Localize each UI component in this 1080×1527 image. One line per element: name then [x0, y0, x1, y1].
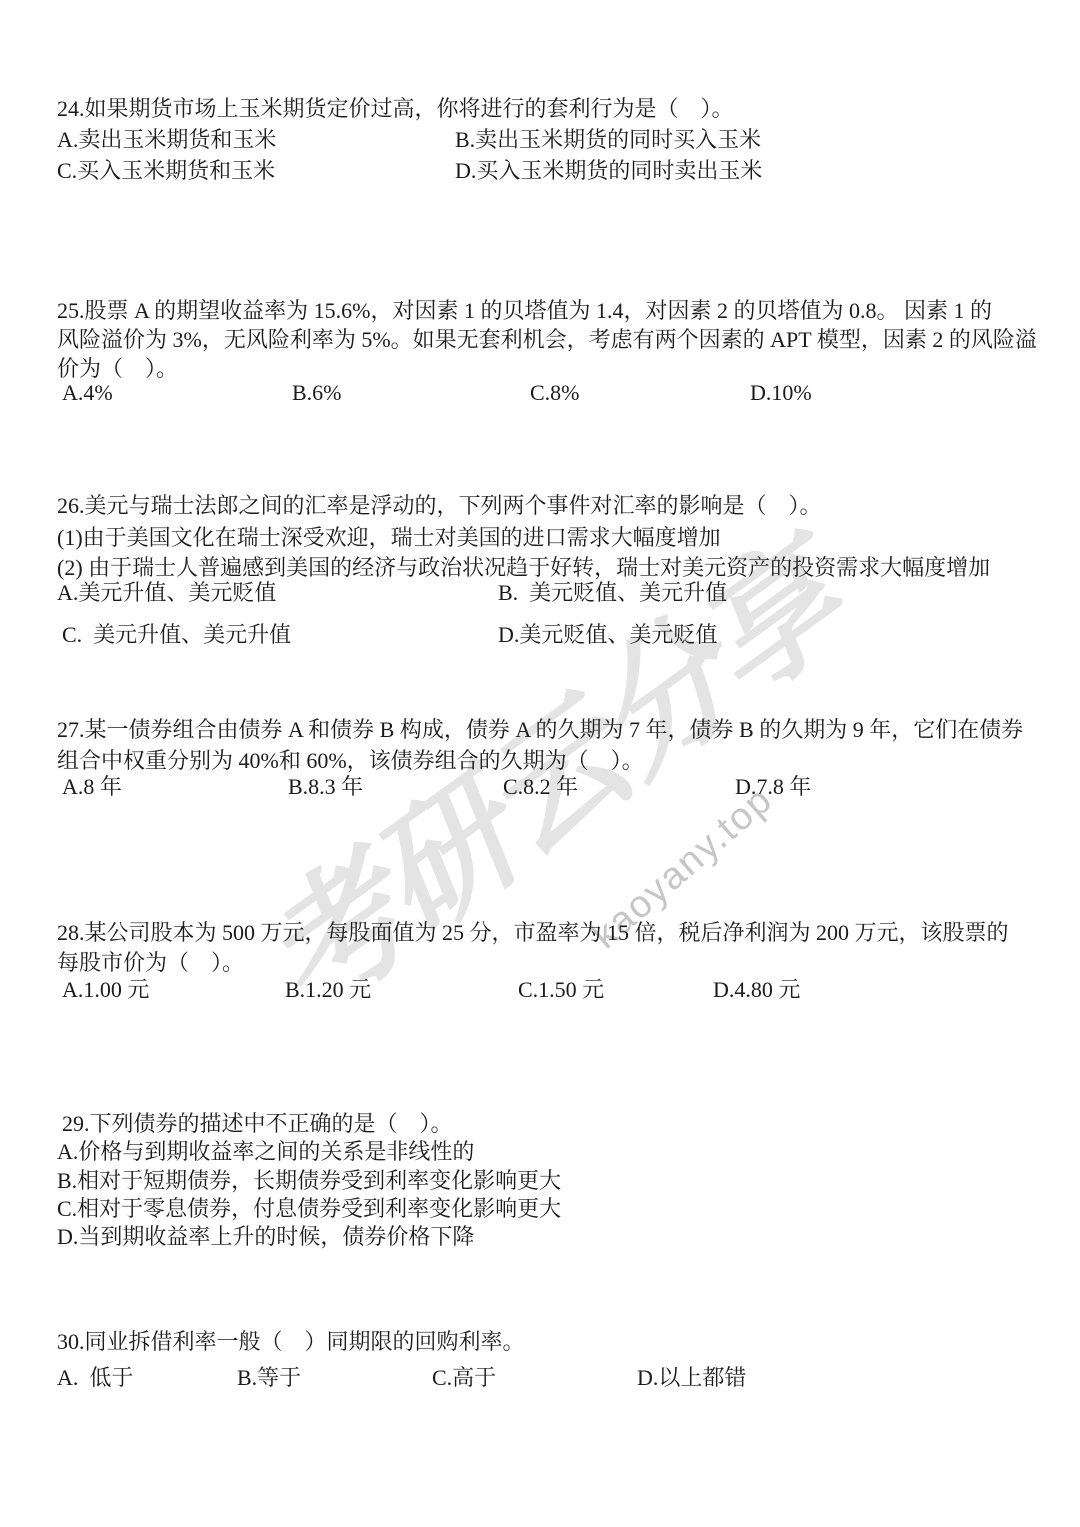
q27-option-b: B.8.3 年: [288, 770, 363, 801]
q26-event1: (1)由于美国文化在瑞士深受欢迎，瑞士对美国的进口需求大幅度增加: [57, 521, 721, 552]
q27-stem-row-1: 27.某一债券组合由债券 A 和债券 B 构成，债券 A 的久期为 7 年，债券…: [0, 713, 1080, 743]
q28-option-a: A.1.00 元: [62, 973, 149, 1004]
q24-option-c: C.买入玉米期货和玉米: [57, 154, 275, 185]
q26-event1-row: (1)由于美国文化在瑞士深受欢迎，瑞士对美国的进口需求大幅度增加: [0, 521, 1080, 551]
document-page: 考研云分享 kaoyany.top 24.如果期货市场上玉米期货定价过高，你将进…: [0, 0, 1080, 1527]
q26-option-a: A.美元升值、美元贬值: [57, 576, 276, 607]
q27-options-row: A.8 年 B.8.3 年 C.8.2 年 D.7.8 年: [0, 770, 1080, 800]
q28-stem-row-1: 28.某公司股本为 500 万元，每股面值为 25 分，市盈率为 15 倍，税后…: [0, 916, 1080, 946]
q25-options-row: A.4% B.6% C.8% D.10%: [0, 380, 1080, 410]
q30-stem: 30.同业拆借利率一般（ ）同期限的回购利率。: [57, 1325, 525, 1356]
q30-option-d: D.以上都错: [637, 1361, 746, 1392]
q24-stem: 24.如果期货市场上玉米期货定价过高，你将进行的套利行为是（ ）。: [57, 92, 734, 123]
q26-option-b: B. 美元贬值、美元升值: [498, 576, 727, 607]
q24-option-a: A.卖出玉米期货和玉米: [57, 123, 276, 154]
q26-options-row-cd: C. 美元升值、美元升值 D.美元贬值、美元贬值: [0, 618, 1080, 648]
q29-option-a: A.价格与到期收益率之间的关系是非线性的: [57, 1135, 474, 1166]
q26-stem-row: 26.美元与瑞士法郎之间的汇率是浮动的，下列两个事件对汇率的影响是（ ）。: [0, 489, 1080, 519]
questions-text-layer: 24.如果期货市场上玉米期货定价过高，你将进行的套利行为是（ ）。 A.卖出玉米…: [0, 0, 1080, 1527]
q30-option-a: A. 低于: [57, 1361, 133, 1392]
q24-options-row-cd: C.买入玉米期货和玉米 D.买入玉米期货的同时卖出玉米: [0, 154, 1080, 184]
q26-stem: 26.美元与瑞士法郎之间的汇率是浮动的，下列两个事件对汇率的影响是（ ）。: [57, 489, 822, 520]
q25-option-d: D.10%: [750, 380, 812, 406]
q26-option-c: C. 美元升值、美元升值: [62, 618, 291, 649]
q26-option-d: D.美元贬值、美元贬值: [498, 618, 717, 649]
q27-stem-line1: 27.某一债券组合由债券 A 和债券 B 构成，债券 A 的久期为 7 年，债券…: [57, 713, 1023, 744]
q28-option-b: B.1.20 元: [285, 973, 371, 1004]
q28-options-row: A.1.00 元 B.1.20 元 C.1.50 元 D.4.80 元: [0, 973, 1080, 1003]
q25-stem-row-1: 25.股票 A 的期望收益率为 15.6%，对因素 1 的贝塔值为 1.4，对因…: [0, 294, 1080, 324]
q28-stem-row-2: 每股市价为（ ）。: [0, 946, 1080, 976]
q29-option-d: D.当到期收益率上升的时候，债券价格下降: [57, 1220, 474, 1251]
q25-stem-line3: 价为（ ）。: [57, 352, 178, 383]
q26-options-row-ab: A.美元升值、美元贬值 B. 美元贬值、美元升值: [0, 576, 1080, 606]
q28-stem-line1: 28.某公司股本为 500 万元，每股面值为 25 分，市盈率为 15 倍，税后…: [57, 916, 1009, 947]
q28-option-c: C.1.50 元: [518, 973, 604, 1004]
q25-stem-line1: 25.股票 A 的期望收益率为 15.6%，对因素 1 的贝塔值为 1.4，对因…: [57, 294, 992, 325]
q24-options-row-ab: A.卖出玉米期货和玉米 B.卖出玉米期货的同时买入玉米: [0, 123, 1080, 153]
q29-option-d-row: D.当到期收益率上升的时候，债券价格下降: [0, 1220, 1080, 1250]
q29-stem-row: 29.下列债券的描述中不正确的是（ ）。: [0, 1107, 1080, 1137]
q25-option-a: A.4%: [62, 380, 113, 406]
q25-stem-row-3: 价为（ ）。: [0, 352, 1080, 382]
q24-option-d: D.买入玉米期货的同时卖出玉米: [455, 154, 762, 185]
q30-option-c: C.高于: [432, 1361, 496, 1392]
q29-option-c-row: C.相对于零息债券，付息债券受到利率变化影响更大: [0, 1192, 1080, 1222]
q25-option-c: C.8%: [530, 380, 580, 406]
q24-stem-row: 24.如果期货市场上玉米期货定价过高，你将进行的套利行为是（ ）。: [0, 92, 1080, 122]
q29-option-a-row: A.价格与到期收益率之间的关系是非线性的: [0, 1135, 1080, 1165]
q25-stem-line2: 风险溢价为 3%，无风险利率为 5%。如果无套利机会，考虑有两个因素的 APT …: [57, 323, 1037, 354]
q25-option-b: B.6%: [292, 380, 342, 406]
q28-option-d: D.4.80 元: [713, 973, 800, 1004]
q24-option-b: B.卖出玉米期货的同时买入玉米: [455, 123, 761, 154]
q30-option-b: B.等于: [237, 1361, 301, 1392]
q30-options-row: A. 低于 B.等于 C.高于 D.以上都错: [0, 1361, 1080, 1391]
q27-option-c: C.8.2 年: [503, 770, 578, 801]
q29-option-b: B.相对于短期债券，长期债券受到利率变化影响更大: [57, 1164, 561, 1195]
q27-option-a: A.8 年: [62, 770, 122, 801]
q29-option-b-row: B.相对于短期债券，长期债券受到利率变化影响更大: [0, 1164, 1080, 1194]
q29-option-c: C.相对于零息债券，付息债券受到利率变化影响更大: [57, 1192, 561, 1223]
q25-stem-row-2: 风险溢价为 3%，无风险利率为 5%。如果无套利机会，考虑有两个因素的 APT …: [0, 323, 1080, 353]
q30-stem-row: 30.同业拆借利率一般（ ）同期限的回购利率。: [0, 1325, 1080, 1355]
q27-option-d: D.7.8 年: [735, 770, 811, 801]
q29-stem: 29.下列债券的描述中不正确的是（ ）。: [62, 1107, 453, 1138]
